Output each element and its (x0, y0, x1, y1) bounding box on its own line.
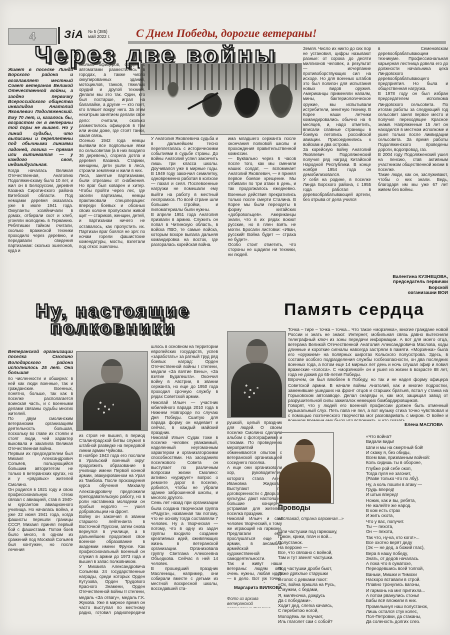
article1-lead: Живет в поселке Линда Борского района и … (8, 67, 73, 167)
article2-byline: Маргарита ВИЛКОВА (227, 585, 282, 592)
poem-column-1: Шли частушки под гармошку, Гомон, крики,… (278, 529, 362, 629)
article2-lead: Ветеранской организации поселка Смолино … (8, 349, 73, 375)
article2-column-3: шлось в основном на территории европейск… (151, 344, 218, 616)
article2-photo-credit: Фото из архива ветеранской организации С… (227, 596, 285, 608)
article1-byline: Валентина КУЗНЕЦОВА, председатель первич… (378, 274, 448, 294)
article1-column-4: има младшего сержанта после окончания по… (228, 136, 296, 298)
newspaper-logo: ЗіА (64, 29, 84, 41)
poem-heading: Проводы (278, 505, 310, 512)
article2-column-1-text: по численности и обширна: в ней как люди… (8, 376, 73, 553)
article2-column-1: Ветеранской организации поселка Смолино … (8, 344, 73, 616)
photo-figure (269, 84, 293, 118)
portrait-shoulders (279, 462, 331, 503)
portrait-head (101, 359, 123, 385)
poem-column-2: «Что война? Видали виды! Шли и мы на сме… (366, 434, 450, 632)
article3-title: Память сердца (284, 300, 424, 320)
portrait-uniform-medals (83, 383, 141, 430)
portrait-head (294, 439, 315, 464)
photo-figure (167, 82, 179, 98)
article3-body: Точка – тире – точка – точка... Что тако… (288, 327, 448, 421)
photo-figure (234, 88, 260, 118)
page-number: 4 (29, 31, 35, 43)
newspaper-page: 4 ЗіА № 5 (385) май 2022 г. С Днем Побед… (0, 0, 450, 635)
portrait-uniform-medals (231, 363, 282, 417)
holiday-banner: С Днем Победы, дорогие ветераны! (136, 28, 317, 40)
portrait-head (246, 339, 268, 365)
article2-column-2: из строя не вышел, в период Сталинградск… (79, 433, 145, 616)
article1-column-5: Земля. Число их никто до сих пор не уста… (303, 46, 371, 298)
article2-photo-sopyaev (76, 351, 148, 431)
article1-column-6: в Семеновском деревообрабатывающем техни… (378, 46, 448, 272)
issue-info: № 5 (385) май 2022 г. (88, 29, 110, 39)
article1-photo (140, 63, 302, 135)
article2-title: Ну, настоящие полковники (10, 303, 216, 336)
poem-epigraph: «Вставай, страна огромная...» (278, 516, 344, 521)
article2-photo-sudak (227, 331, 286, 418)
article3-photo-portrait (276, 432, 334, 504)
article3-byline: Елена МАСЛОВА (288, 422, 443, 429)
article1-column-2: сколько офицеров, солдат с автоматами ра… (79, 62, 145, 298)
article1-column-3: У Анатолия Яковлевича судьба и в дальней… (151, 136, 218, 298)
article1-column-1: Живет в поселке Линда Борского района и … (8, 62, 73, 298)
article1-column-1-text: Когда началась Великая Отечественная, Ан… (8, 168, 73, 254)
article2-column-4: рушкой, целый праздник для людей. О свое… (227, 420, 282, 583)
